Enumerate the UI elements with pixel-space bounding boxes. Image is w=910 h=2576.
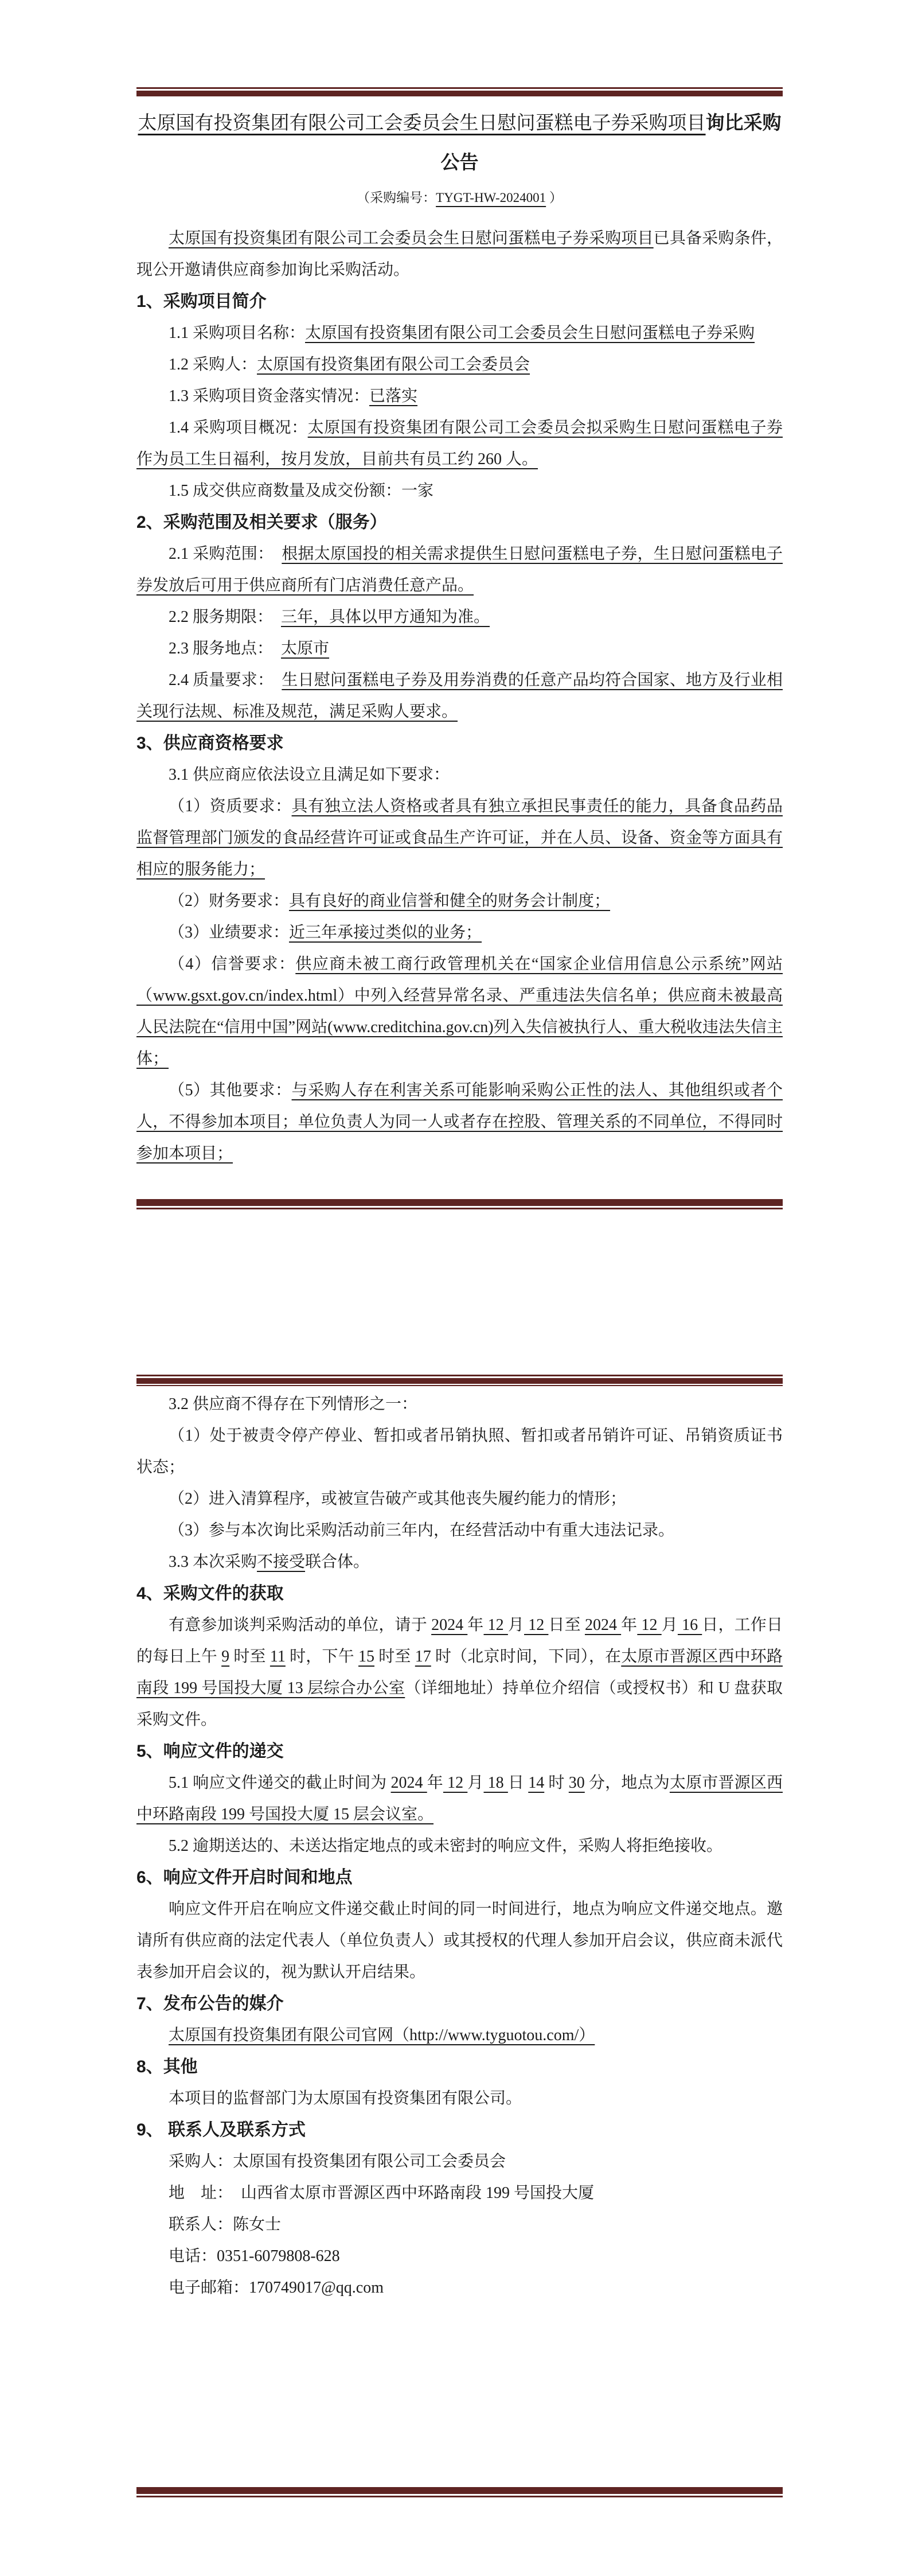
para-3-3-seg-2: 联合体。	[305, 1553, 369, 1571]
para-4-1-seg-10: 月	[662, 1616, 678, 1634]
para-4-1: 有意参加谈判采购活动的单位，请于 2024 年 12 月 12 日至 2024 …	[136, 1609, 783, 1736]
para-3-2-2-seg-0: （2）进入清算程序，或被宣告破产或其他丧失履约能力的情形；	[169, 1490, 626, 1508]
para-7-1: 太原国有投资集团有限公司官网（http://www.tyguotou.com/）	[136, 2019, 783, 2051]
contact-address-seg-0: 地 址： 山西省太原市晋源区西中环路南段 199 号国投大厦	[169, 2184, 594, 2202]
para-1-5: 1.5 成交供应商数量及成交份额：一家	[136, 475, 783, 507]
para-3-2-1: （1）处于被责令停产停业、暂扣或者吊销执照、暂扣或者吊销许可证、吊销资质证书状态…	[136, 1420, 783, 1483]
para-1-5-seg-0: 1.5 成交供应商数量及成交份额：一家	[169, 482, 433, 500]
procurement-announcement-document: { "theme": { "bar_color": "#5e2422", "te…	[0, 0, 910, 2576]
heading-3: 3、供应商资格要求	[136, 727, 783, 759]
para-4-1-seg-14: 时至	[229, 1648, 270, 1666]
page2-footer-rule	[136, 2487, 783, 2497]
para-3-1-1: （1）资质要求：具有独立法人资格或者具有独立承担民事责任的能力，具备食品药品监督…	[136, 791, 783, 885]
para-3-2-seg-0: 3.2 供应商不得存在下列情形之一：	[169, 1395, 417, 1413]
para-2-3: 2.3 服务地点： 太原市	[136, 633, 783, 664]
contact-phone: 电话：0351-6079808-628	[136, 2240, 783, 2272]
para-3-1-1-seg-0: （1）资质要求：	[169, 797, 292, 815]
contact-person: 联系人：陈女士	[136, 2209, 783, 2240]
heading-6-seg-0: 6、响应文件开启时间和地点	[136, 1868, 353, 1887]
para-5-1-seg-10: 分，地点为	[585, 1774, 670, 1792]
para-7-1-seg-0: 太原国有投资集团有限公司官网（http://www.tyguotou.com/）	[169, 2026, 595, 2044]
para-4-1-seg-0: 有意参加谈判采购活动的单位，请于	[169, 1616, 431, 1634]
heading-8: 8、其他	[136, 2051, 783, 2083]
para-5-2: 5.2 逾期送达的、未送达指定地点的或未密封的响应文件，采购人将拒绝接收。	[136, 1830, 783, 1862]
para-1-2-seg-1: 太原国有投资集团有限公司工会委员会	[257, 356, 530, 373]
doc-title: 太原国有投资集团有限公司工会委员会生日慰问蛋糕电子券采购项目询比采购公告	[136, 103, 783, 182]
para-2-4-seg-0: 2.4 质量要求：	[169, 671, 282, 689]
doc-title-seg-0: 太原国有投资集团有限公司工会委员会生日慰问蛋糕电子券采购项目	[138, 113, 706, 134]
para-6-1-seg-0: 响应文件开启在响应文件递交截止时间的同一时间进行，地点为响应文件递交地点。邀请所…	[136, 1900, 783, 1981]
para-3-1-4-seg-0: （4）信誉要求：	[169, 955, 295, 973]
heading-7-seg-0: 7、发布公告的媒介	[136, 1994, 284, 2013]
para-1-3-seg-0: 1.3 采购项目资金落实情况：	[169, 387, 369, 405]
para-1-1-seg-1: 太原国有投资集团有限公司工会委员会生日慰问蛋糕电子券采购	[305, 324, 755, 342]
para-8-1-seg-0: 本项目的监督部门为太原国有投资集团有限公司。	[169, 2089, 522, 2107]
para-5-2-seg-0: 5.2 逾期送达的、未送达指定地点的或未密封的响应文件，采购人将拒绝接收。	[169, 1837, 722, 1855]
heading-8-seg-0: 8、其他	[136, 2057, 198, 2076]
para-4-1-seg-9: 12	[637, 1616, 661, 1634]
para-1-2: 1.2 采购人：太原国有投资集团有限公司工会委员会	[136, 349, 783, 380]
intro-para-seg-0: 太原国有投资集团有限公司工会委员会生日慰问蛋糕电子券采购项目	[169, 229, 654, 247]
para-5-1-seg-8: 时	[544, 1774, 569, 1792]
para-2-3-seg-0: 2.3 服务地点：	[169, 640, 281, 657]
page1-footer-rule	[136, 1199, 783, 1209]
contact-email-seg-0: 电子邮箱：170749017@qq.com	[169, 2279, 384, 2297]
para-1-4: 1.4 采购项目概况：太原国有投资集团有限公司工会委员会拟采购生日慰问蛋糕电子券…	[136, 412, 783, 475]
para-4-1-seg-19: 17	[415, 1648, 431, 1666]
contact-person-seg-0: 联系人：陈女士	[169, 2216, 281, 2233]
heading-1-seg-0: 1、采购项目简介	[136, 292, 267, 311]
para-2-2-seg-0: 2.2 服务期限：	[169, 608, 281, 626]
para-3-1-2-seg-1: 具有良好的商业信誉和健全的财务会计制度；	[289, 892, 610, 910]
heading-1: 1、采购项目简介	[136, 286, 783, 317]
para-4-1-seg-4: 月	[508, 1616, 524, 1634]
ref-no-seg-2: ）	[546, 190, 563, 205]
para-5-1-seg-5: 18	[483, 1774, 507, 1792]
para-5-1-seg-7: 14	[528, 1774, 544, 1792]
para-3-1-3-seg-0: （3）业绩要求：	[169, 924, 289, 941]
para-6-1: 响应文件开启在响应文件递交截止时间的同一时间进行，地点为响应文件递交地点。邀请所…	[136, 1893, 783, 1988]
heading-7: 7、发布公告的媒介	[136, 1988, 783, 2019]
intro-para: 太原国有投资集团有限公司工会委员会生日慰问蛋糕电子券采购项目已具备采购条件，现公…	[136, 223, 783, 286]
contact-phone-seg-0: 电话：0351-6079808-628	[169, 2247, 340, 2265]
contact-email: 电子邮箱：170749017@qq.com	[136, 2272, 783, 2303]
contact-address: 地 址： 山西省太原市晋源区西中环路南段 199 号国投大厦	[136, 2177, 783, 2209]
rule-thick-line	[136, 2487, 783, 2494]
para-3-1-3-seg-1: 近三年承接过类似的业务；	[289, 924, 482, 941]
para-2-1: 2.1 采购范围： 根据太原国投的相关需求提供生日慰问蛋糕电子券，生日慰问蛋糕电…	[136, 538, 783, 601]
para-4-1-seg-3: 12	[483, 1616, 507, 1634]
rule-thin-line	[136, 2496, 783, 2497]
heading-2: 2、采购范围及相关要求（服务）	[136, 507, 783, 538]
para-5-1-seg-6: 日	[508, 1774, 528, 1792]
rule-thin-line	[136, 1385, 783, 1386]
para-4-1-seg-17: 15	[358, 1648, 374, 1666]
page2-header-rule	[136, 1375, 783, 1386]
page-1-content: 太原国有投资集团有限公司工会委员会生日慰问蛋糕电子券采购项目询比采购公告（采购编…	[136, 103, 783, 1169]
para-3-1-3: （3）业绩要求：近三年承接过类似的业务；	[136, 917, 783, 948]
para-3-1-2-seg-0: （2）财务要求：	[169, 892, 289, 910]
para-3-1-4: （4）信誉要求：供应商未被工商行政管理机关在“国家企业信用信息公示系统”网站（w…	[136, 948, 783, 1075]
para-5-1-seg-2: 年	[427, 1774, 443, 1792]
para-3-3: 3.3 本次采购不接受联合体。	[136, 1546, 783, 1578]
para-3-2-2: （2）进入清算程序，或被宣告破产或其他丧失履约能力的情形；	[136, 1483, 783, 1515]
para-3-1-seg-0: 3.1 供应商应依法设立且满足如下要求：	[169, 766, 450, 784]
para-4-1-seg-8: 年	[621, 1616, 637, 1634]
para-1-1-seg-0: 1.1 采购项目名称：	[169, 324, 305, 342]
para-1-3-seg-1: 已落实	[369, 387, 417, 405]
heading-2-seg-0: 2、采购范围及相关要求（服务）	[136, 513, 387, 532]
para-4-1-seg-11: 16	[678, 1616, 702, 1634]
para-4-1-seg-1: 2024	[431, 1616, 467, 1634]
para-4-1-seg-18: 时至	[374, 1648, 415, 1666]
rule-thick-line	[136, 1199, 783, 1206]
para-4-1-seg-7: 2024	[585, 1616, 621, 1634]
rule-thick-line	[136, 91, 783, 96]
para-2-4: 2.4 质量要求： 生日慰问蛋糕电子券及用券消费的任意产品均符合国家、地方及行业…	[136, 664, 783, 727]
para-3-3-seg-1: 不接受	[257, 1553, 305, 1571]
para-5-1-seg-1: 2024	[391, 1774, 427, 1792]
heading-5-seg-0: 5、响应文件的递交	[136, 1742, 284, 1761]
para-3-2-3: （3）参与本次询比采购活动前三年内，在经营活动中有重大违法记录。	[136, 1515, 783, 1546]
ref-no-seg-0: （采购编号：	[357, 190, 436, 205]
para-4-1-seg-16: 时，下午	[286, 1648, 358, 1666]
para-5-1-seg-0: 5.1 响应文件递交的截止时间为	[169, 1774, 391, 1792]
heading-5: 5、响应文件的递交	[136, 1736, 783, 1767]
para-2-1-seg-0: 2.1 采购范围：	[169, 545, 282, 563]
heading-3-seg-0: 3、供应商资格要求	[136, 734, 284, 753]
para-3-1-2: （2）财务要求：具有良好的商业信誉和健全的财务会计制度；	[136, 885, 783, 917]
heading-4-seg-0: 4、采购文件的获取	[136, 1584, 284, 1603]
ref-no: （采购编号：TYGT-HW-2024001 ）	[136, 187, 783, 209]
para-4-1-seg-15: 11	[270, 1648, 286, 1666]
para-4-1-seg-13: 9	[221, 1648, 229, 1666]
contact-purchaser: 采购人：太原国有投资集团有限公司工会委员会	[136, 2146, 783, 2177]
para-3-1-5: （5）其他要求：与采购人存在利害关系可能影响采购公正性的法人、其他组织或者个人，…	[136, 1075, 783, 1169]
para-1-3: 1.3 采购项目资金落实情况：已落实	[136, 380, 783, 412]
rule-thin-line	[136, 1208, 783, 1209]
page-2-content: 3.2 供应商不得存在下列情形之一：（1）处于被责令停产停业、暂扣或者吊销执照、…	[136, 1388, 783, 2303]
para-5-1-seg-3: 12	[443, 1774, 467, 1792]
contact-purchaser-seg-0: 采购人：太原国有投资集团有限公司工会委员会	[169, 2153, 506, 2170]
para-3-2-1-seg-0: （1）处于被责令停产停业、暂扣或者吊销执照、暂扣或者吊销许可证、吊销资质证书状态…	[136, 1427, 783, 1476]
para-5-1: 5.1 响应文件递交的截止时间为 2024 年 12 月 18 日 14 时 3…	[136, 1767, 783, 1830]
para-2-2: 2.2 服务期限： 三年，具体以甲方通知为准。	[136, 601, 783, 633]
para-2-3-seg-1: 太原市	[281, 640, 329, 657]
heading-6: 6、响应文件开启时间和地点	[136, 1862, 783, 1893]
para-3-1-5-seg-0: （5）其他要求：	[169, 1081, 292, 1099]
para-3-2-3-seg-0: （3）参与本次询比采购活动前三年内，在经营活动中有重大违法记录。	[169, 1522, 674, 1539]
para-1-4-seg-0: 1.4 采购项目概况：	[169, 419, 308, 437]
para-1-1: 1.1 采购项目名称：太原国有投资集团有限公司工会委员会生日慰问蛋糕电子券采购	[136, 317, 783, 349]
para-5-1-seg-4: 月	[467, 1774, 483, 1792]
para-4-1-seg-20: 时（北京时间，下同），在	[431, 1648, 621, 1666]
para-5-1-seg-9: 30	[569, 1774, 585, 1792]
para-3-3-seg-0: 3.3 本次采购	[169, 1553, 257, 1571]
heading-4: 4、采购文件的获取	[136, 1578, 783, 1609]
page1-header-rule	[136, 87, 783, 96]
para-3-2: 3.2 供应商不得存在下列情形之一：	[136, 1388, 783, 1420]
para-1-2-seg-0: 1.2 采购人：	[169, 356, 257, 373]
para-4-1-seg-6: 日至	[548, 1616, 585, 1634]
para-4-1-seg-5: 12	[524, 1616, 548, 1634]
para-8-1: 本项目的监督部门为太原国有投资集团有限公司。	[136, 2083, 783, 2114]
heading-9-seg-0: 9、 联系人及联系方式	[136, 2120, 306, 2139]
para-4-1-seg-2: 年	[467, 1616, 483, 1634]
heading-9: 9、 联系人及联系方式	[136, 2114, 783, 2146]
rule-thick-line	[136, 1378, 783, 1384]
para-2-2-seg-1: 三年，具体以甲方通知为准。	[281, 608, 490, 626]
para-3-1: 3.1 供应商应依法设立且满足如下要求：	[136, 759, 783, 791]
ref-no-seg-1: TYGT-HW-2024001	[436, 190, 546, 205]
